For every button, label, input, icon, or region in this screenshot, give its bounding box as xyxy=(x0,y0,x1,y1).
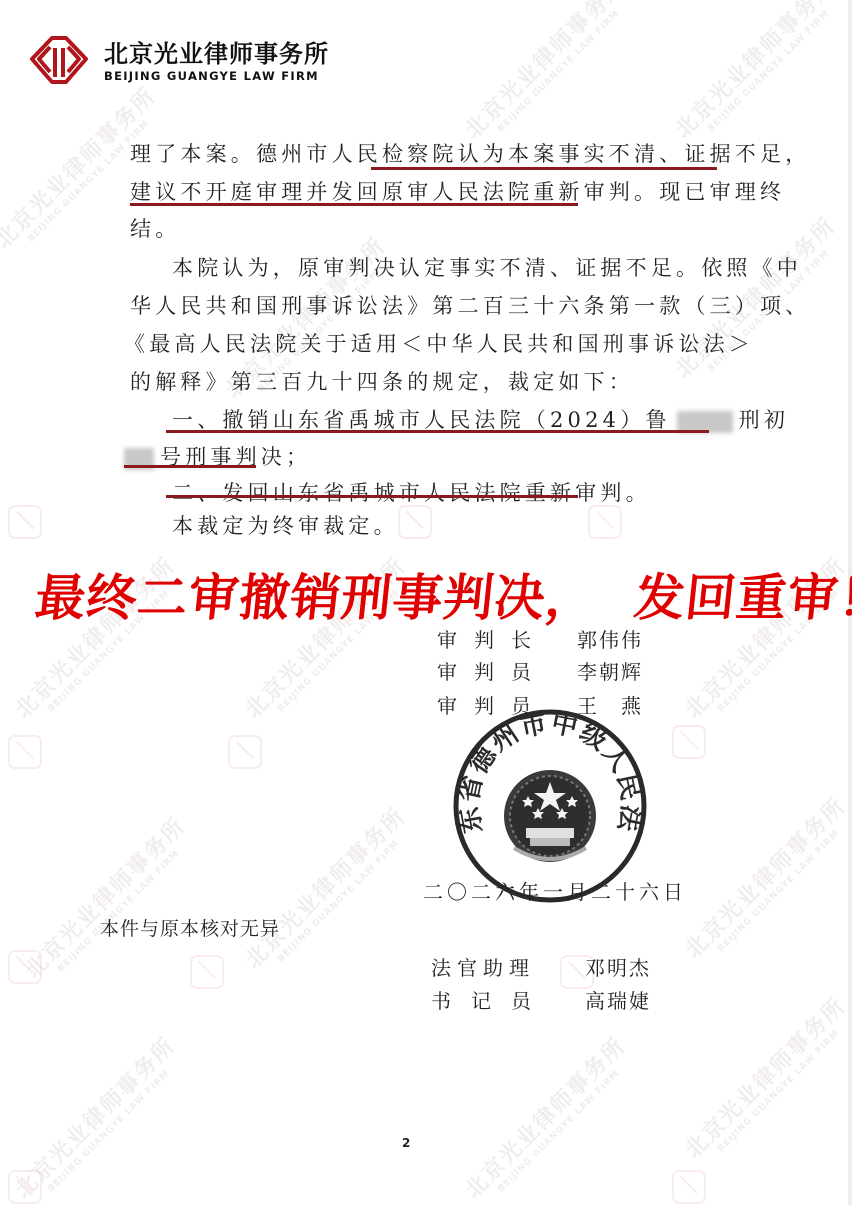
judge-name: 郭伟伟 xyxy=(577,624,643,653)
highlight-underline xyxy=(166,430,709,433)
highlight-underline xyxy=(124,465,256,468)
highlight-underline xyxy=(130,203,578,206)
ruling-1-prefix: 一、撤销山东省禹城市人民法院（2024）鲁 xyxy=(172,408,671,432)
firm-header: 北京光业律师事务所 BEIJING GUANGYE LAW FIRM xyxy=(28,35,329,87)
watermark-logo-icon xyxy=(398,505,432,539)
watermark-logo-icon xyxy=(8,505,42,539)
judge-name: 李朝辉 xyxy=(577,656,643,685)
final-ruling-note: 本裁定为终审裁定。 xyxy=(172,510,399,540)
ruling-date: 二〇二六年一月二十六日 xyxy=(423,876,687,905)
staff-name: 高瑞婕 xyxy=(585,985,651,1014)
watermark-logo-icon xyxy=(228,735,262,769)
watermark: 北京光业律师事务所BEIJING GUANGYE LAW FIRM xyxy=(677,990,852,1172)
judge-row: 审判长郭伟伟 xyxy=(437,624,643,653)
watermark: 北京光业律师事务所BEIJING GUANGYE LAW FIRM xyxy=(17,810,199,992)
watermark-logo-icon xyxy=(190,955,224,989)
verification-note: 本件与原本核对无异 xyxy=(100,914,280,941)
banner-part-2: 发回重审！ xyxy=(632,569,852,627)
watermark: 北京光业律师事务所BEIJING GUANGYE LAW FIRM xyxy=(457,1030,639,1205)
body-line-1: 理了本案。德州市人民检察院认为本案事实不清、证据不足， xyxy=(130,138,810,168)
body-line-2: 建议不开庭审理并发回原审人民法院重新审判。现已审理终 xyxy=(130,176,785,206)
body-line-4: 本院认为，原审判决认定事实不清、证据不足。依照《中 xyxy=(172,252,802,282)
headline-banner: 最终二审撤销刑事判决，发回重审！ xyxy=(32,558,852,630)
ruling-1-suffix: 刑初 xyxy=(739,408,789,432)
judge-row: 审判员李朝辉 xyxy=(437,656,643,685)
watermark-logo-icon xyxy=(672,1170,706,1204)
watermark: 北京光业律师事务所BEIJING GUANGYE LAW FIRM xyxy=(677,790,852,972)
watermark-logo-icon xyxy=(8,950,42,984)
body-line-7: 的解释》第三百九十四条的规定，裁定如下： xyxy=(130,366,634,396)
staff-row: 书记员高瑞婕 xyxy=(431,985,651,1014)
highlight-underline xyxy=(166,495,578,498)
highlight-underline xyxy=(371,167,717,170)
staff-row: 法官助理邓明杰 xyxy=(431,952,651,981)
watermark: 北京光业律师事务所BEIJING GUANGYE LAW FIRM xyxy=(457,0,639,151)
body-line-6: 《最高人民法院关于适用＜中华人民共和国刑事诉讼法＞ xyxy=(124,328,754,358)
ruling-item-2: 二、发回山东省禹城市人民法院重新审判。 xyxy=(172,477,651,507)
firm-name-cn: 北京光业律师事务所 xyxy=(104,40,329,68)
watermark-logo-icon xyxy=(8,1170,42,1204)
body-line-5: 华人民共和国刑事诉讼法》第二百三十六条第一款（三）项、 xyxy=(130,290,810,320)
staff-role: 法官助理 xyxy=(431,952,585,981)
watermark-logo-icon xyxy=(672,725,706,759)
court-seal-icon: 山东省德州市中级人民法院 xyxy=(452,708,648,904)
banner-part-1: 最终二审撤销刑事判决， xyxy=(33,569,600,627)
watermark: 北京光业律师事务所BEIJING GUANGYE LAW FIRM xyxy=(667,0,849,151)
firm-name-en: BEIJING GUANGYE LAW FIRM xyxy=(104,69,329,83)
judge-role: 审判长 xyxy=(437,624,577,653)
watermark: 北京光业律师事务所BEIJING GUANGYE LAW FIRM xyxy=(7,1030,189,1205)
judge-role: 审判员 xyxy=(437,656,577,685)
page-number: 2 xyxy=(402,1136,410,1150)
body-line-3: 结。 xyxy=(130,213,180,243)
watermark-logo-icon xyxy=(8,735,42,769)
staff-role: 书记员 xyxy=(431,985,585,1014)
law-firm-logo-icon xyxy=(28,35,90,87)
watermark-logo-icon xyxy=(588,505,622,539)
watermark: 北京光业律师事务所BEIJING GUANGYE LAW FIRM xyxy=(237,800,419,982)
staff-name: 邓明杰 xyxy=(585,952,651,981)
